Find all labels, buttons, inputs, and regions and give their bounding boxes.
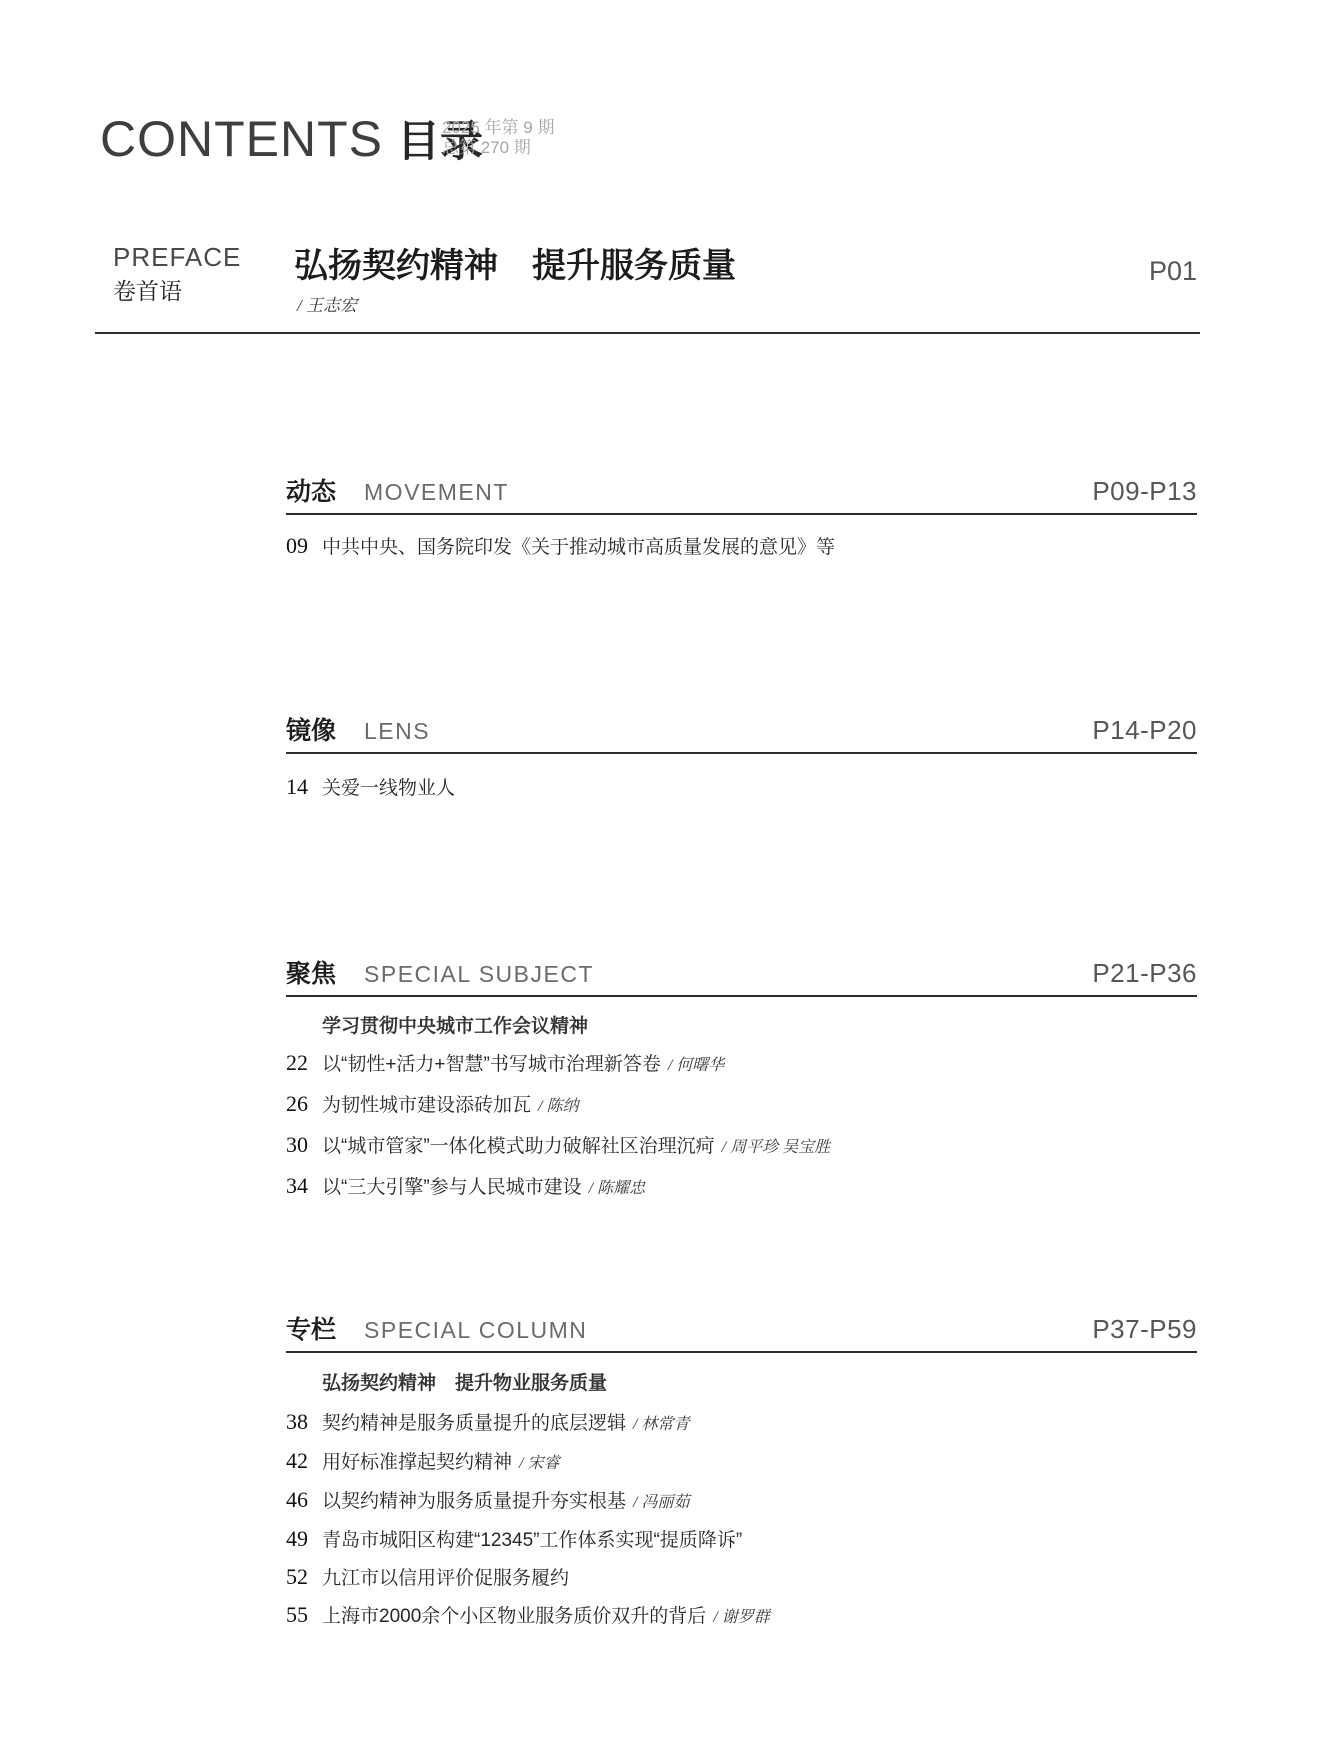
item-title: 契约精神是服务质量提升的底层逻辑 [322, 1412, 626, 1436]
item-title: 九江市以信用评价促服务履约 [322, 1567, 569, 1591]
section-header: 聚焦 SPECIAL SUBJECT P21-P36 [286, 954, 1197, 982]
section-divider [286, 513, 1197, 515]
item-title: 用好标准撑起契约精神 [322, 1451, 512, 1475]
item-page-number: 30 [286, 1133, 322, 1157]
item-page-number: 38 [286, 1410, 322, 1434]
issue-line-1: 2025 年第 9 期 [442, 118, 554, 138]
section-title-cn: 动态 [286, 472, 336, 508]
item-title: 以“城市管家”一体化模式助力破解社区治理沉疴 [322, 1135, 715, 1159]
section-page-range: P21-P36 [1092, 958, 1197, 989]
preface-author: / 王志宏 [297, 291, 357, 316]
section-page-range: P37-P59 [1092, 1314, 1197, 1345]
item-page-number: 55 [286, 1603, 322, 1627]
preface-label-cn: 卷首语 [113, 273, 182, 306]
section-title-en: SPECIAL COLUMN [364, 1317, 587, 1344]
item-page-number: 22 [286, 1051, 322, 1075]
preface-page-number: P01 [1149, 256, 1197, 287]
item-author: / 陈纳 [538, 1095, 578, 1119]
item-author: / 宋睿 [519, 1452, 559, 1476]
section-title-cn: 专栏 [286, 1310, 336, 1346]
section-title-cn: 聚焦 [286, 954, 336, 990]
item-page-number: 49 [286, 1527, 322, 1551]
item-page-number: 42 [286, 1449, 322, 1473]
toc-item: 14 关爱一线物业人 [286, 775, 1197, 801]
section-page-range: P09-P13 [1092, 476, 1197, 507]
section-title-en: MOVEMENT [364, 479, 509, 506]
section-title-en: SPECIAL SUBJECT [364, 961, 594, 988]
section-divider [286, 752, 1197, 754]
item-title: 关爱一线物业人 [322, 777, 455, 801]
item-page-number: 14 [286, 775, 322, 799]
section-title-en: LENS [364, 718, 430, 745]
contents-title-en: CONTENTS [100, 110, 383, 168]
section-header: 专栏 SPECIAL COLUMN P37-P59 [286, 1310, 1197, 1338]
item-title: 以“韧性+活力+智慧”书写城市治理新答卷 [322, 1053, 661, 1077]
item-page-number: 34 [286, 1174, 322, 1198]
section-items: 22 以“韧性+活力+智慧”书写城市治理新答卷 / 何曙华 26 为韧性城市建设… [286, 1051, 1197, 1201]
item-title: 中共中央、国务院印发《关于推动城市高质量发展的意见》等 [322, 536, 835, 560]
toc-item: 46 以契约精神为服务质量提升夯实根基 / 冯丽茹 [286, 1488, 1197, 1515]
item-page-number: 09 [286, 534, 322, 558]
section-subtitle: 弘扬契约精神 提升物业服务质量 [322, 1373, 1197, 1395]
item-page-number: 46 [286, 1488, 322, 1512]
section-items: 14 关爱一线物业人 [286, 775, 1197, 801]
section-divider [286, 995, 1197, 997]
toc-page: CONTENTS 目录 2025 年第 9 期 总第 270 期 PREFACE… [0, 0, 1340, 1742]
masthead: CONTENTS 目录 [100, 108, 483, 169]
toc-item: 52 九江市以信用评价促服务履约 [286, 1565, 1197, 1591]
section-header: 镜像 LENS P14-P20 [286, 711, 1197, 739]
section-movement: 动态 MOVEMENT P09-P13 09 中共中央、国务院印发《关于推动城市… [286, 472, 1197, 560]
item-author: / 谢罗群 [713, 1606, 769, 1630]
section-items: 09 中共中央、国务院印发《关于推动城市高质量发展的意见》等 [286, 534, 1197, 560]
item-author: / 周平珍 吴宝胜 [722, 1136, 830, 1160]
item-title: 以“三大引擎”参与人民城市建设 [322, 1176, 582, 1200]
item-title: 青岛市城阳区构建“12345”工作体系实现“提质降诉” [322, 1529, 742, 1553]
item-author: / 林常青 [633, 1413, 689, 1437]
toc-item: 34 以“三大引擎”参与人民城市建设 / 陈耀忠 [286, 1174, 1197, 1201]
item-author: / 何曙华 [668, 1054, 724, 1078]
item-title: 为韧性城市建设添砖加瓦 [322, 1094, 531, 1118]
item-author: / 冯丽茹 [633, 1491, 689, 1515]
item-title: 上海市2000余个小区物业服务质价双升的背后 [322, 1605, 706, 1629]
section-special-column: 专栏 SPECIAL COLUMN P37-P59 弘扬契约精神 提升物业服务质… [286, 1310, 1197, 1642]
item-title: 以契约精神为服务质量提升夯实根基 [322, 1490, 626, 1514]
toc-item: 49 青岛市城阳区构建“12345”工作体系实现“提质降诉” [286, 1527, 1197, 1553]
preface-divider [95, 332, 1200, 334]
section-items: 38 契约精神是服务质量提升的底层逻辑 / 林常青 42 用好标准撑起契约精神 … [286, 1410, 1197, 1630]
item-page-number: 26 [286, 1092, 322, 1116]
section-header: 动态 MOVEMENT P09-P13 [286, 472, 1197, 500]
issue-info: 2025 年第 9 期 总第 270 期 [442, 118, 554, 158]
toc-item: 22 以“韧性+活力+智慧”书写城市治理新答卷 / 何曙华 [286, 1051, 1197, 1078]
section-lens: 镜像 LENS P14-P20 14 关爱一线物业人 [286, 711, 1197, 801]
section-divider [286, 1351, 1197, 1353]
section-special-subject: 聚焦 SPECIAL SUBJECT P21-P36 学习贯彻中央城市工作会议精… [286, 954, 1197, 1215]
section-page-range: P14-P20 [1092, 715, 1197, 746]
preface-label-en: PREFACE [113, 242, 241, 273]
section-title-cn: 镜像 [286, 711, 336, 747]
preface-article-title: 弘扬契约精神 提升服务质量 [294, 238, 736, 287]
item-author: / 陈耀忠 [589, 1177, 645, 1201]
item-page-number: 52 [286, 1565, 322, 1589]
toc-item: 55 上海市2000余个小区物业服务质价双升的背后 / 谢罗群 [286, 1603, 1197, 1630]
toc-item: 38 契约精神是服务质量提升的底层逻辑 / 林常青 [286, 1410, 1197, 1437]
toc-item: 26 为韧性城市建设添砖加瓦 / 陈纳 [286, 1092, 1197, 1119]
section-subtitle: 学习贯彻中央城市工作会议精神 [322, 1016, 1197, 1038]
toc-item: 42 用好标准撑起契约精神 / 宋睿 [286, 1449, 1197, 1476]
toc-item: 09 中共中央、国务院印发《关于推动城市高质量发展的意见》等 [286, 534, 1197, 560]
toc-item: 30 以“城市管家”一体化模式助力破解社区治理沉疴 / 周平珍 吴宝胜 [286, 1133, 1197, 1160]
issue-line-2: 总第 270 期 [442, 138, 554, 158]
